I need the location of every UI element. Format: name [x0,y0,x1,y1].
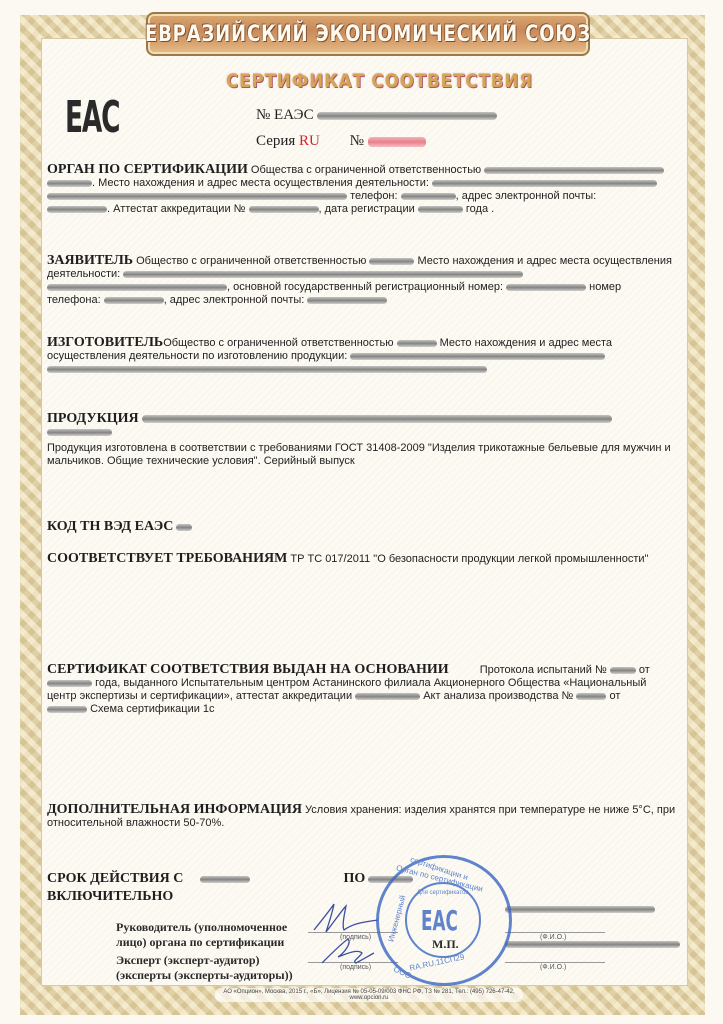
redacted-field [200,876,250,883]
redacted-field [142,415,612,423]
expert-signatory-label: Эксперт (эксперт-аудитор) (эксперты (экс… [116,953,293,983]
redacted-field [368,137,426,147]
redacted-field [576,693,606,700]
redacted-field [47,180,92,187]
redacted-field [47,706,87,713]
section-manufacturer: ИЗГОТОВИТЕЛЬОбщество с ограниченной отве… [47,336,687,376]
head-signatory-label: Руководитель (уполномоченное лицо) орган… [116,920,287,950]
redacted-field [397,340,437,347]
seal-stamp: сертификации и Орган по сертификации Инж… [376,855,512,986]
redacted-field [47,284,227,291]
redacted-head-name [505,906,655,913]
union-banner: ЕВРАЗИЙСКИЙ ЭКОНОМИЧЕСКИЙ СОЮЗ [146,12,590,56]
redacted-field [307,297,387,304]
certificate-number: № ЕАЭС [256,107,497,124]
redacted-field [432,180,657,187]
section-issue-basis: СЕРТИФИКАТ СООТВЕТСТВИЯ ВЫДАН НА ОСНОВАН… [47,663,687,716]
redacted-field [506,284,586,291]
redacted-field [355,693,420,700]
name-caption: (Ф.И.О.) [540,964,566,971]
expert-signature-icon [318,935,378,967]
redacted-field [47,429,112,436]
printer-footer: АО «Опцион», Москва, 2015 г., «Б», Лицен… [215,988,523,1002]
union-banner-text: ЕВРАЗИЙСКИЙ ЭКОНОМИЧЕСКИЙ СОЮЗ [145,22,591,47]
redacted-field [47,193,347,200]
series-value: RU [299,133,320,149]
section-requirements: СООТВЕТСТВУЕТ ТРЕБОВАНИЯМ ТР ТС 017/2011… [47,552,687,566]
product-description: Продукция изготовлена в соответствии с т… [47,442,687,468]
redacted-field [249,206,319,213]
redacted-field [401,193,456,200]
head-signature-icon [312,900,382,935]
redacted-field [47,680,92,687]
certificate-title: СЕРТИФИКАТ СООТВЕТСТВИЯ [226,70,490,92]
redacted-field [104,297,164,304]
redacted-field [484,167,664,174]
redacted-field [350,353,605,360]
head-name-line [505,932,605,933]
seal-eac-logo-icon: ЕАС [421,904,458,937]
redacted-field [47,206,107,213]
seal-place-label: М.П. [432,937,459,952]
redacted-field [47,366,487,373]
section-additional-info: ДОПОЛНИТЕЛЬНАЯ ИНФОРМАЦИЯ Условия хранен… [47,803,687,830]
redacted-field [610,667,636,674]
section-tnved-code: КОД ТН ВЭД ЕАЭС [47,520,687,534]
redacted-field [317,112,497,120]
section-applicant: ЗАЯВИТЕЛЬ Общество с ограниченной ответс… [47,254,687,307]
certificate-series: Серия RU № [256,133,426,150]
redacted-field [176,524,192,531]
eac-logo-icon: ЕАС [65,92,119,143]
section-product: ПРОДУКЦИЯ Продукция изготовлена в соотве… [47,412,687,468]
redacted-field [123,271,523,278]
section-certification-body: ОРГАН ПО СЕРТИФИКАЦИИ Общества с огранич… [47,163,687,216]
redacted-expert-name [505,941,680,948]
expert-name-line [505,962,605,963]
name-caption: (Ф.И.О.) [540,934,566,941]
redacted-field [369,258,414,265]
redacted-field [418,206,463,213]
